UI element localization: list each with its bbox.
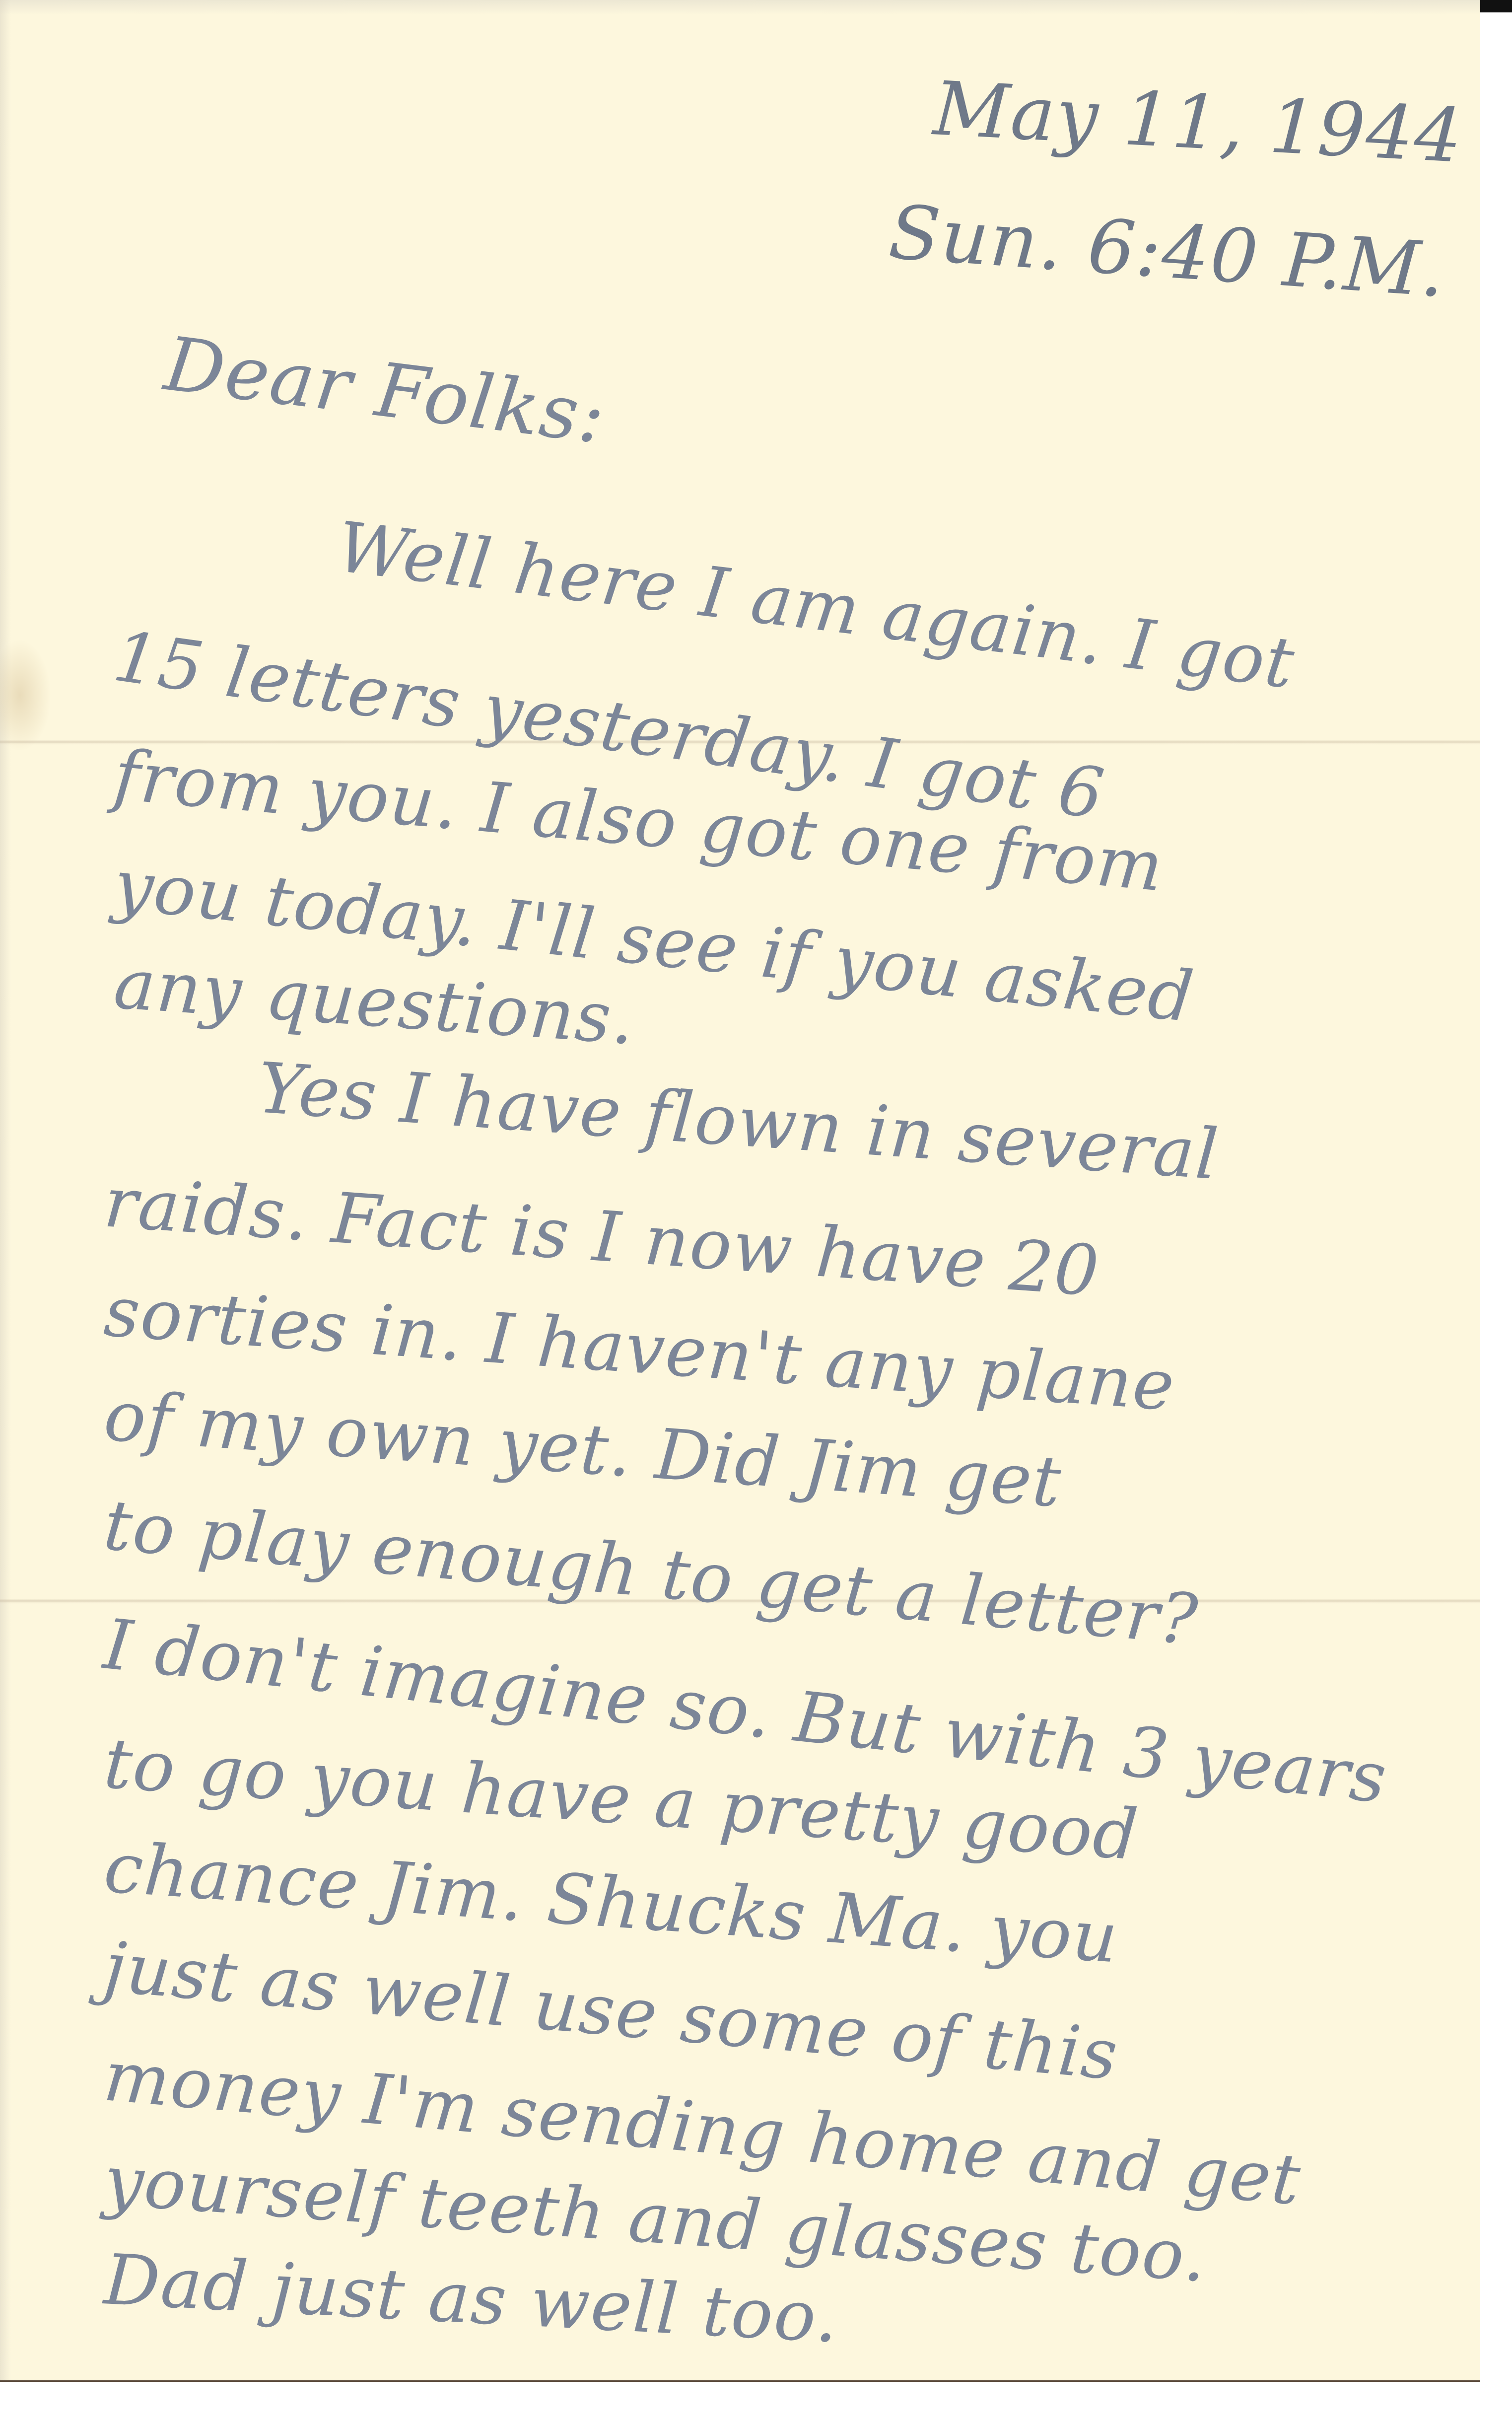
letter-line: Yes I have flown in several [255,1048,1222,1196]
letter-date: May 11, 1944 [931,66,1465,180]
letter-greeting: Dear Folks: [160,321,611,460]
letter-day-time: Sun. 6:40 P.M. [886,189,1448,314]
letter-page: May 11, 1944 Sun. 6:40 P.M. Dear Folks: … [0,0,1480,2382]
